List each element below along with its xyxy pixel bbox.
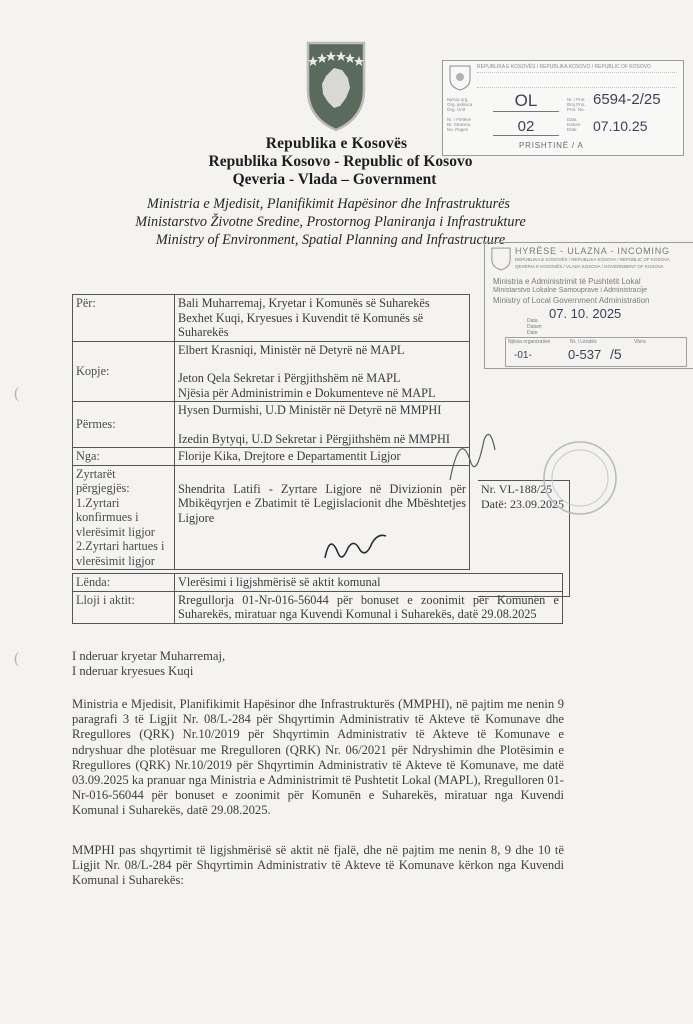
pages-value: 02 [493, 118, 559, 136]
incoming-stamp: HYRËSE - ULAZNA - INCOMING REPUBLIKA E K… [484, 242, 693, 369]
margin-mark: ( [14, 650, 19, 668]
salutation-2: I nderuar kryesues Kuqi [72, 664, 564, 679]
stamp-right-labels: Nr. i Prot.Broj Prot.Prot. No. DataDatum… [567, 97, 586, 132]
org-unit-value: OL [493, 91, 559, 112]
salutation-1: I nderuar kryetar Muharremaj, [72, 649, 564, 664]
subject-table: Lënda: Vlerësimi i ligjshmërisë së aktit… [72, 573, 563, 624]
body-paragraph-1: Ministria e Mjedisit, Planifikimit Hapës… [72, 697, 564, 819]
government-title: Qeveria - Vlada – Government [0, 171, 681, 189]
row-kopje: Kopje: Elbert Krasniqi, Ministër në Dety… [73, 341, 470, 402]
incoming-date: 07. 10. 2025 [549, 306, 621, 321]
incoming-grid: Njësia organizative Nr. i Lëndës Vlera -… [505, 337, 687, 367]
row-officials: Zyrtarët përgjegjës: 1.Zyrtari konfirmue… [73, 465, 470, 570]
emblem-icon [449, 65, 471, 91]
row-permes: Përmes: Hysen Durmishi, U.D Ministër në … [73, 402, 470, 448]
protocol-number: 6594-2/25 [593, 91, 661, 108]
kosovo-coat-of-arms-icon [306, 40, 366, 132]
emblem-icon [491, 247, 511, 271]
registry-date: 07.10.25 [593, 118, 648, 134]
row-nga: Nga: Florije Kika, Drejtore e Departamen… [73, 448, 470, 466]
round-seal-icon [540, 440, 630, 520]
row-lenda: Lënda: Vlerësimi i ligjshmërisë së aktit… [73, 574, 563, 592]
ministry-name-sr: Ministarstvo Životne Sredine, Prostornog… [0, 214, 677, 231]
registry-city: PRISHTINË / A [519, 141, 584, 150]
stamp-left-labels: Njësia org.Org. jedinicaOrg. Unit Nr. i … [447, 97, 472, 132]
row-lloji: Lloji i aktit: Rregullorja 01-Nr-016-560… [73, 591, 563, 623]
signature-icon [320, 528, 390, 568]
stamp-fineprint [477, 72, 677, 88]
row-per: Për: Bali Muharremaj, Kryetar i Komunës … [73, 295, 470, 342]
ministry-name-sq: Ministria e Mjedisit, Planifikimit Hapës… [0, 196, 675, 213]
body-paragraph-2: MMPHI pas shqyrtimit të ligjshmërisë së … [72, 843, 564, 889]
margin-mark: ( [14, 385, 19, 403]
registry-stamp: REPUBLIKA E KOSOVËS / REPUBLIKA KOSOVO /… [442, 60, 684, 156]
signature-icon [440, 420, 500, 490]
routing-table: Për: Bali Muharremaj, Kryetar i Komunës … [72, 294, 470, 570]
